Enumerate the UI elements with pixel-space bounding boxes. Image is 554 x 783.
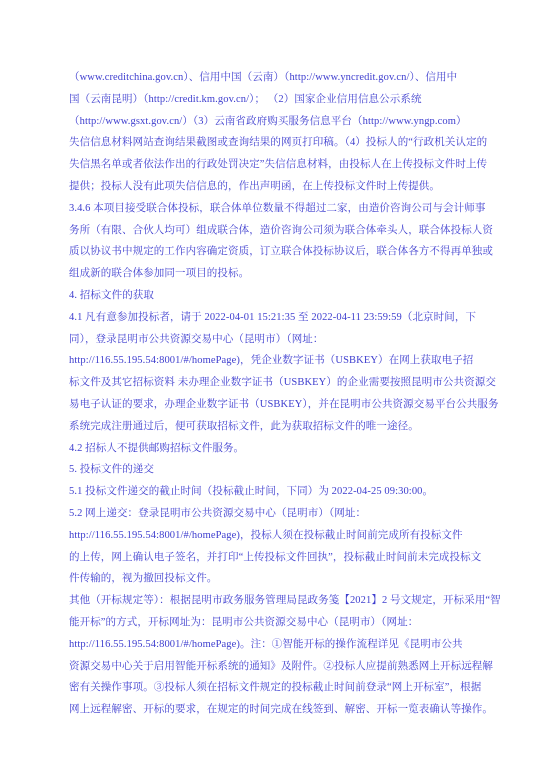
document-page: （www.creditchina.gov.cn）、信用中国（云南）（http:/…: [0, 0, 554, 783]
text-line: 3.4.6 本项目接受联合体投标，联合体单位数量不得超过二家，由造价咨询公司与会…: [69, 198, 499, 220]
text-line: 5.2 网上递交：登录昆明市公共资源交易中心（昆明市）（网址：: [69, 503, 499, 525]
section-heading: 4. 招标文件的获取: [69, 285, 499, 307]
text-line: 5.1 投标文件递交的截止时间（投标截止时间，下同）为 2022-04-25 0…: [69, 481, 499, 503]
text-line: 质以协议书中规定的工作内容确定资质，订立联合体投标协议后，联合体各方不得再单独或: [69, 241, 499, 263]
text-line: （www.creditchina.gov.cn）、信用中国（云南）（http:/…: [69, 67, 499, 89]
text-line: 网上远程解密、开标的要求，在规定的时间完成在线签到、解密、开标一览表确认等操作。: [69, 699, 499, 721]
text-line: 系统完成注册通过后，便可获取招标文件，此为获取招标文件的唯一途径。: [69, 416, 499, 438]
text-line: http://116.55.195.54:8001/#/homePage)。注：…: [69, 634, 499, 656]
text-line: （http://www.gsxt.gov.cn/）（3）云南省政府购买服务信息平…: [69, 111, 499, 133]
text-line: 国（云南昆明）（http://credit.km.gov.cn/）； （2）国家…: [69, 89, 499, 111]
text-line: 4.2 招标人不提供邮购招标文件服务。: [69, 438, 499, 460]
text-line: 其他（开标规定等）：根据昆明市政务服务管理局昆政务笺【2021】2 号文规定，开…: [69, 590, 499, 612]
text-line: 易电子认证的要求，办理企业数字证书（USBKEY），并在昆明市公共资源交易平台公…: [69, 394, 499, 416]
text-line: 失信黑名单或者依法作出的行政处罚决定”失信信息材料，由投标人在上传投标文件时上传: [69, 154, 499, 176]
text-line: 组成新的联合体参加同一项目的投标。: [69, 263, 499, 285]
text-line: 的上传，网上确认电子签名，并打印“上传投标文件回执”，投标截止时间前未完成投标文: [69, 547, 499, 569]
text-line: 密有关操作事项。③投标人须在招标文件规定的投标截止时间前登录“网上开标室”，根据: [69, 677, 499, 699]
text-line: 4.1 凡有意参加投标者，请于 2022-04-01 15:21:35 至 20…: [69, 307, 499, 329]
text-line: 同），登录昆明市公共资源交易中心（昆明市）（网址：: [69, 329, 499, 351]
document-body: （www.creditchina.gov.cn）、信用中国（云南）（http:/…: [69, 67, 499, 721]
text-line: 标文件及其它招标资料 未办理企业数字证书（USBKEY）的企业需要按照昆明市公共…: [69, 372, 499, 394]
text-line: http://116.55.195.54:8001/#/homePage)，凭企…: [69, 350, 499, 372]
text-line: 能开标”的方式，开标网址为：昆明市公共资源交易中心（昆明市）（网址：: [69, 612, 499, 634]
text-line: http://116.55.195.54:8001/#/homePage)，投标…: [69, 525, 499, 547]
text-line: 件传输的，视为撤回投标文件。: [69, 568, 499, 590]
text-line: 资源交易中心关于启用智能开标系统的通知》及附件。②投标人应提前熟悉网上开标远程解: [69, 656, 499, 678]
section-heading: 5. 投标文件的递交: [69, 459, 499, 481]
text-line: 提供；投标人没有此项失信信息的，作出声明函，在上传投标文件时上传提供。: [69, 176, 499, 198]
text-line: 失信信息材料网站查询结果截图或查询结果的网页打印稿。（4）投标人的“行政机关认定…: [69, 132, 499, 154]
text-line: 务所（有限、合伙人均可）组成联合体，造价咨询公司须为联合体牵头人，联合体投标人资: [69, 220, 499, 242]
